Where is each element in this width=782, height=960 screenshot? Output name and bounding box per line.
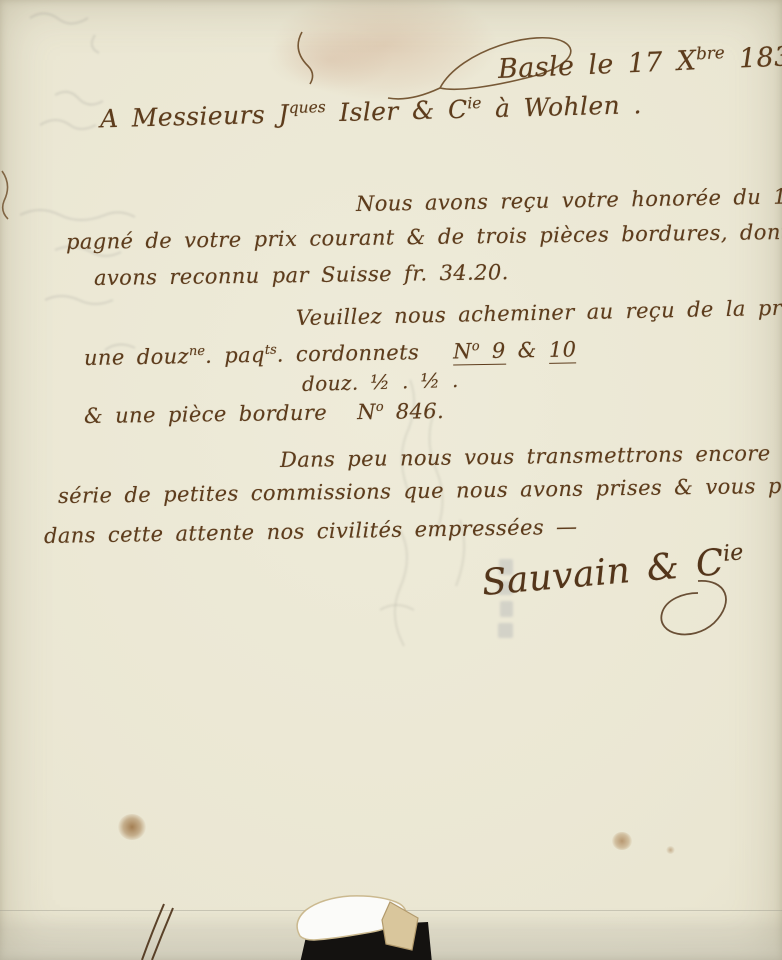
address-salutation: A Messieurs J — [100, 99, 290, 133]
order-item-1-sup-2: ts — [265, 343, 277, 358]
dateline-year: 1832 — [724, 40, 782, 75]
bleedthrough-marks — [0, 0, 200, 400]
order-item-1-article: . cordonnets — [277, 340, 420, 366]
body-line-2: pagné de votre prix courant & de trois p… — [66, 218, 782, 254]
body-line-4: Veuillez nous acheminer au reçu de la pr… — [296, 294, 782, 330]
dateline-place: Basle le 17 X — [497, 45, 697, 85]
order-item-2: douz. ½ . ½ . — [302, 368, 459, 396]
edge-mark — [0, 165, 20, 225]
order-item-3-article: & une pièce bordure — [84, 401, 327, 428]
order-item-1-number-2: 10 — [549, 337, 577, 363]
address-sup-1: ques — [288, 98, 326, 117]
signature: Sauvain & Cie — [480, 539, 746, 604]
closing-line-2: série de petites commissions que nous av… — [58, 472, 782, 508]
order-item-1: une douzne. paqts. cordonnetsNo 9 & 10 — [84, 337, 577, 370]
dateline-month-sup: bre — [696, 42, 725, 63]
signature-sup: ie — [722, 539, 745, 567]
letter-page: Basle le 17 Xbre 1832 A Messieurs Jques … — [0, 0, 782, 960]
fox-spot-small — [666, 846, 675, 854]
closing-line-3: dans cette attente nos civilités empress… — [44, 515, 578, 548]
order-item-1-number-1: No 9 — [453, 339, 506, 366]
order-item-3-n: N — [357, 400, 376, 424]
dateline: Basle le 17 Xbre 1832 — [497, 38, 782, 85]
order-item-3-n-sup: o — [376, 400, 384, 415]
address-sup-2: ie — [467, 94, 482, 112]
order-item-1-n1: 9 — [480, 339, 506, 363]
order-item-1-amp: & — [505, 338, 549, 363]
address-firm: Isler & C — [326, 95, 468, 128]
order-item-1-qty: une douz — [84, 344, 189, 370]
address-town: à Wohlen . — [481, 90, 642, 123]
order-item-1-unit: . paq — [205, 343, 265, 368]
body-line-3: avons reconnu par Suisse fr. 34.20. — [94, 260, 509, 290]
address-line: A Messieurs Jques Isler & Cie à Wohlen . — [100, 90, 642, 134]
bottom-edge-band — [0, 910, 782, 960]
signature-name: Sauvain & C — [480, 542, 725, 604]
order-item-1-n: N — [453, 339, 472, 363]
order-item-1-sup-1: ne — [189, 344, 205, 359]
order-item-1-n-sup: o — [472, 339, 480, 354]
closing-line-1: Dans peu nous vous transmettrons encore … — [280, 440, 782, 472]
body-line-1: Nous avons reçu votre honorée du 1 Ct., … — [356, 182, 782, 216]
order-item-3: & une pièce bordureNo 846. — [84, 399, 445, 428]
fox-spot-left — [118, 814, 146, 840]
order-item-3-num: 846. — [384, 399, 445, 424]
body-line-1-text: Nous avons reçu votre honorée du 1 C — [356, 184, 782, 216]
fox-spot-right — [612, 832, 632, 850]
